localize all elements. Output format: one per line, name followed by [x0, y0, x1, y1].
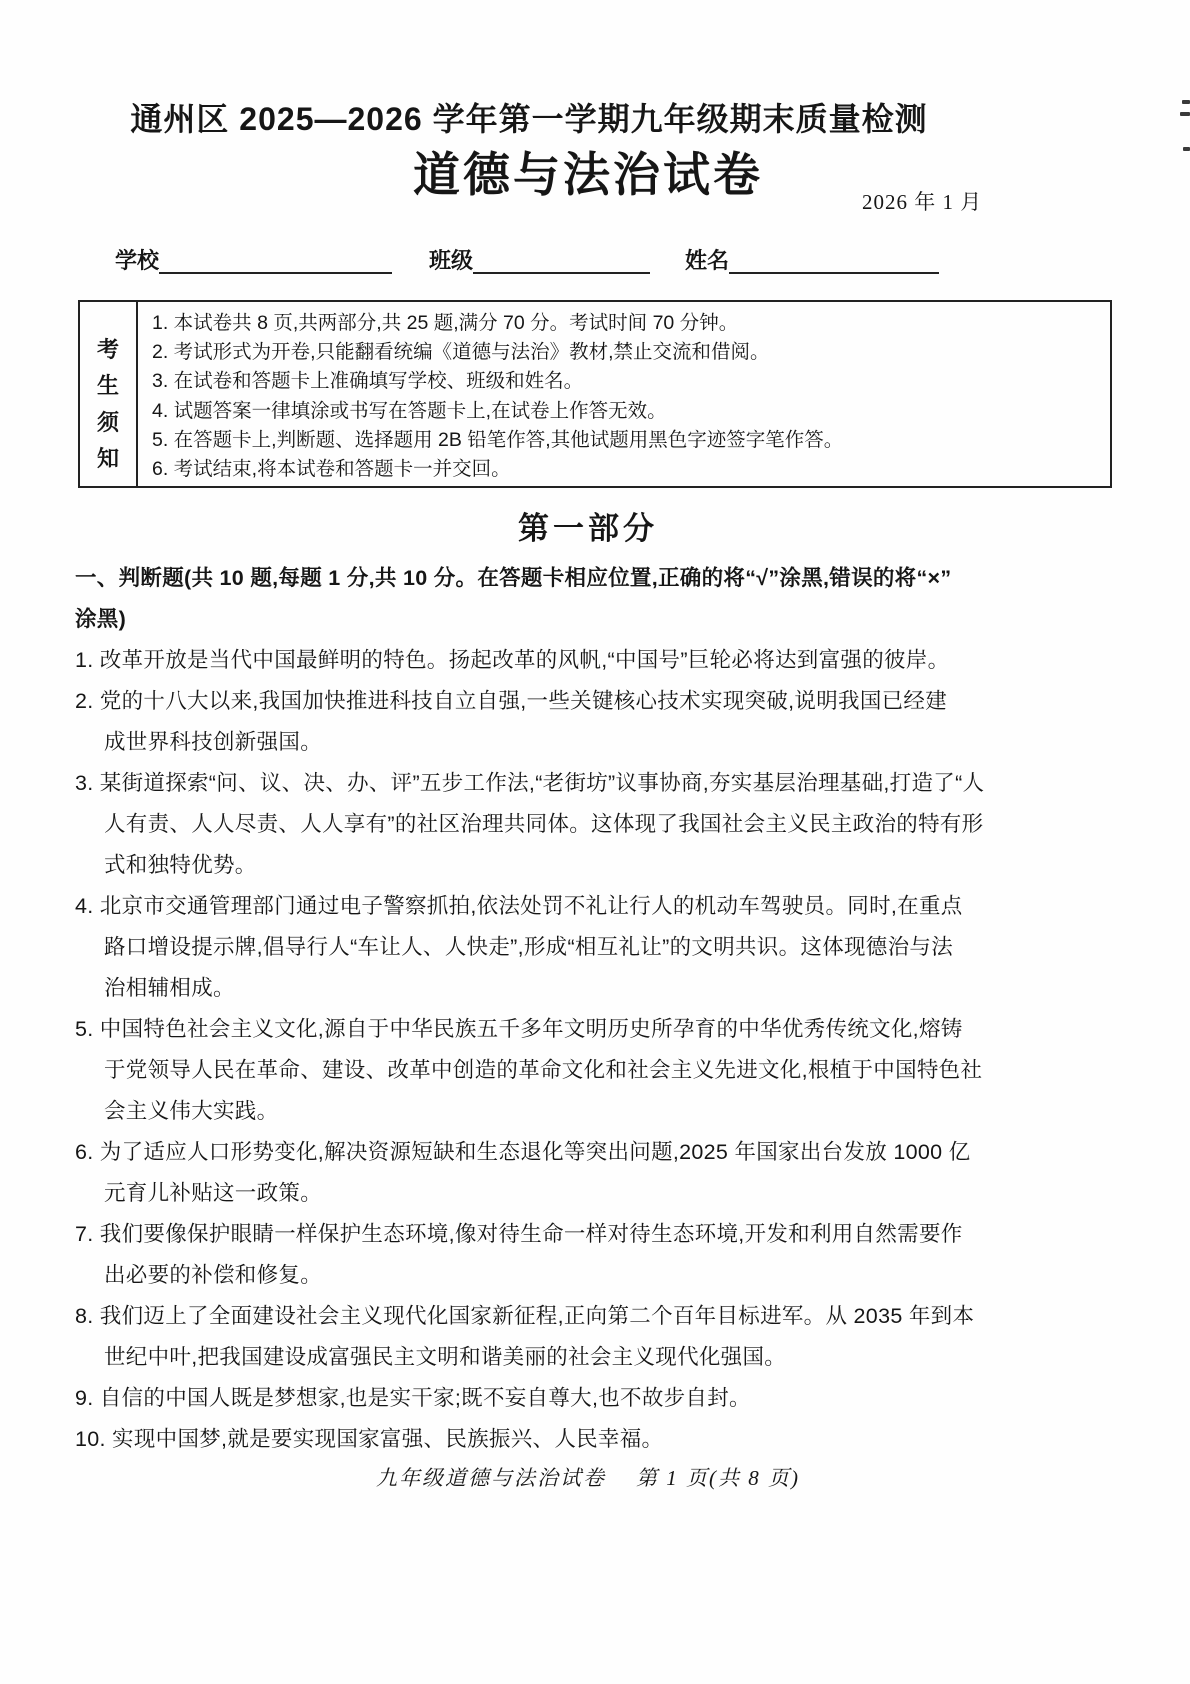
question-line: 5. 中国特色社会主义文化,源自于中华民族五千多年文明历史所孕育的中华优秀传统文… [75, 1009, 1121, 1050]
school-label: 学校 [115, 248, 159, 274]
question-line: 9. 自信的中国人既是梦想家,也是实干家;既不妄自尊大,也不故步自封。 [75, 1378, 1121, 1419]
question-line: 2. 党的十八大以来,我国加快推进科技自立自强,一些关键核心技术实现突破,说明我… [75, 681, 1121, 722]
student-info-row: 学校 班级 姓名 [115, 246, 955, 274]
question-8: 8. 我们迈上了全面建设社会主义现代化国家新征程,正向第二个百年目标进军。从 2… [75, 1296, 1121, 1378]
question-7: 7. 我们要像保护眼睛一样保护生态环境,像对待生命一样对待生态环境,开发和利用自… [75, 1214, 1121, 1296]
question-line: 10. 实现中国梦,就是要实现国家富强、民族振兴、人民幸福。 [75, 1419, 1121, 1460]
exam-subject-title: 道德与法治试卷 [0, 138, 1176, 205]
question-line: 3. 某街道探索“问、议、决、办、评”五步工作法,“老街坊”议事协商,夯实基层治… [75, 763, 1121, 804]
question-line: 1. 改革开放是当代中国最鲜明的特色。扬起改革的风帆,“中国号”巨轮必将达到富强… [75, 640, 1121, 681]
notice-item: 1. 本试卷共 8 页,共两部分,共 25 题,满分 70 分。考试时间 70 … [152, 307, 1102, 335]
examinee-notice-box: 考 生 须 知 1. 本试卷共 8 页,共两部分,共 25 题,满分 70 分。… [78, 300, 1112, 488]
question-5: 5. 中国特色社会主义文化,源自于中华民族五千多年文明历史所孕育的中华优秀传统文… [75, 1009, 1121, 1132]
notice-side-char-3: 须 [97, 406, 119, 437]
notice-item: 3. 在试卷和答题卡上准确填写学校、班级和姓名。 [152, 365, 1102, 393]
exam-title-line1: 通州区 2025—2026 学年第一学期九年级期末质量检测 [0, 94, 1058, 140]
question-2: 2. 党的十八大以来,我国加快推进科技自立自强,一些关键核心技术实现突破,说明我… [75, 681, 1121, 763]
notice-item: 5. 在答题卡上,判断题、选择题用 2B 铅笔作答,其他试题用黑色字迹签字笔作答… [152, 424, 1102, 452]
question-line: 成世界科技创新强国。 [75, 722, 1121, 763]
question-line: 出必要的补偿和修复。 [75, 1255, 1121, 1296]
question-4: 4. 北京市交通管理部门通过电子警察抓拍,依法处罚不礼让行人的机动车驾驶员。同时… [75, 886, 1121, 1009]
name-blank-line [729, 246, 939, 274]
page-footer: 九年级道德与法治试卷第 1 页(共 8 页) [0, 1462, 1176, 1492]
question-line: 7. 我们要像保护眼睛一样保护生态环境,像对待生命一样对待生态环境,开发和利用自… [75, 1214, 1121, 1255]
footer-page-number: 第 1 页(共 8 页) [636, 1466, 800, 1490]
scan-edge-mark [1180, 112, 1190, 116]
question-line: 4. 北京市交通管理部门通过电子警察抓拍,依法处罚不礼让行人的机动车驾驶员。同时… [75, 886, 1121, 927]
notice-item: 6. 考试结束,将本试卷和答题卡一并交回。 [152, 453, 1102, 481]
notice-item: 4. 试题答案一律填涂或书写在答题卡上,在试卷上作答无效。 [152, 395, 1102, 423]
section1-instruction-line2: 涂黑) [75, 599, 1121, 640]
footer-doc-name: 九年级道德与法治试卷 [376, 1466, 606, 1490]
question-line: 式和独特优势。 [75, 845, 1121, 886]
notice-item: 2. 考试形式为开卷,只能翻看统编《道德与法治》教材,禁止交流和借阅。 [152, 336, 1102, 364]
notice-side-label: 考 生 须 知 [80, 302, 138, 486]
question-line: 世纪中叶,把我国建设成富强民主文明和谐美丽的社会主义现代化强国。 [75, 1337, 1121, 1378]
question-6: 6. 为了适应人口形势变化,解决资源短缺和生态退化等突出问题,2025 年国家出… [75, 1132, 1121, 1214]
notice-item-list: 1. 本试卷共 8 页,共两部分,共 25 题,满分 70 分。考试时间 70 … [138, 302, 1110, 486]
question-line: 于党领导人民在革命、建设、改革中创造的革命文化和社会主义先进文化,根植于中国特色… [75, 1050, 1121, 1091]
question-line: 8. 我们迈上了全面建设社会主义现代化国家新征程,正向第二个百年目标进军。从 2… [75, 1296, 1121, 1337]
class-blank-line [473, 246, 650, 274]
part1-body: 一、判断题(共 10 题,每题 1 分,共 10 分。在答题卡相应位置,正确的将… [75, 558, 1121, 1460]
school-blank-line [159, 246, 392, 274]
exam-paper-page: 通州区 2025—2026 学年第一学期九年级期末质量检测 道德与法治试卷 20… [0, 0, 1190, 1684]
name-label: 姓名 [685, 248, 729, 274]
question-line: 人有责、人人尽责、人人享有”的社区治理共同体。这体现了我国社会主义民主政治的特有… [75, 804, 1121, 845]
scan-edge-mark [1183, 147, 1190, 151]
question-10: 10. 实现中国梦,就是要实现国家富强、民族振兴、人民幸福。 [75, 1419, 1121, 1460]
exam-date: 2026 年 1 月 [862, 186, 982, 216]
class-label: 班级 [429, 248, 473, 274]
question-line: 6. 为了适应人口形势变化,解决资源短缺和生态退化等突出问题,2025 年国家出… [75, 1132, 1121, 1173]
question-line: 元育儿补贴这一政策。 [75, 1173, 1121, 1214]
scan-edge-mark [1182, 100, 1190, 104]
question-line: 路口增设提示牌,倡导行人“车让人、人快走”,形成“相互礼让”的文明共识。这体现德… [75, 927, 1121, 968]
notice-side-char-1: 考 [97, 333, 119, 364]
question-3: 3. 某街道探索“问、议、决、办、评”五步工作法,“老街坊”议事协商,夯实基层治… [75, 763, 1121, 886]
section1-instruction-line1: 一、判断题(共 10 题,每题 1 分,共 10 分。在答题卡相应位置,正确的将… [75, 558, 1121, 599]
question-9: 9. 自信的中国人既是梦想家,也是实干家;既不妄自尊大,也不故步自封。 [75, 1378, 1121, 1419]
part1-heading: 第一部分 [0, 503, 1176, 548]
question-1: 1. 改革开放是当代中国最鲜明的特色。扬起改革的风帆,“中国号”巨轮必将达到富强… [75, 640, 1121, 681]
question-line: 治相辅相成。 [75, 968, 1121, 1009]
question-line: 会主义伟大实践。 [75, 1091, 1121, 1132]
notice-side-char-2: 生 [97, 369, 119, 400]
notice-side-char-4: 知 [97, 442, 119, 473]
